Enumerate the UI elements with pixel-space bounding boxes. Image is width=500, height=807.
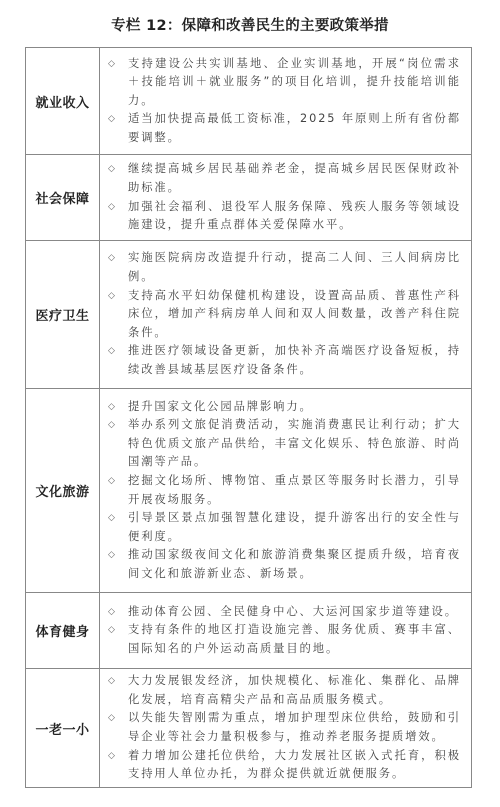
diamond-bullet-icon: ◇ xyxy=(108,249,128,286)
list-item: ◇挖掘文化场所、博物馆、重点景区等服务时长潜力，引导开展夜场服务。 xyxy=(108,472,461,509)
table-row: 医疗卫生◇实施医院病房改造提升行动，提高二人间、三人间病房比例。◇支持高水平妇幼… xyxy=(26,241,472,389)
category-label: 文化旅游 xyxy=(26,389,100,593)
category-label: 医疗卫生 xyxy=(26,241,100,389)
diamond-bullet-icon: ◇ xyxy=(108,110,128,147)
measure-text: 引导景区景点加强智慧化建设，提升游客出行的安全性与便利度。 xyxy=(128,509,461,546)
category-label: 一老一小 xyxy=(26,669,100,788)
measure-text: 推进医疗领域设备更新，加快补齐高端医疗设备短板，持续改善县域基层医疗设备条件。 xyxy=(128,342,461,379)
measure-text: 提升国家文化公园品牌影响力。 xyxy=(128,398,461,417)
measure-text: 着力增加公建托位供给，大力发展社区嵌入式托育，积极支持用人单位办托，为群众提供就… xyxy=(128,747,461,784)
list-item: ◇引导景区景点加强智慧化建设，提升游客出行的安全性与便利度。 xyxy=(108,509,461,546)
list-item: ◇适当加快提高最低工资标准，2025 年原则上所有省份都要调整。 xyxy=(108,110,461,147)
measure-text: 继续提高城乡居民基础养老金，提高城乡居民医保财政补助标准。 xyxy=(128,160,461,197)
measures-cell: ◇推动体育公园、全民健身中心、大运河国家步道等建设。◇支持有条件的地区打造设施完… xyxy=(100,593,472,669)
diamond-bullet-icon: ◇ xyxy=(108,287,128,343)
diamond-bullet-icon: ◇ xyxy=(108,509,128,546)
list-item: ◇着力增加公建托位供给，大力发展社区嵌入式托育，积极支持用人单位办托，为群众提供… xyxy=(108,747,461,784)
list-item: ◇支持有条件的地区打造设施完善、服务优质、赛事丰富、国际知名的户外运动高质量目的… xyxy=(108,621,461,658)
measure-text: 推动国家级夜间文化和旅游消费集聚区提质升级，培育夜间文化和旅游新业态、新场景。 xyxy=(128,546,461,583)
diamond-bullet-icon: ◇ xyxy=(108,621,128,658)
diamond-bullet-icon: ◇ xyxy=(108,546,128,583)
list-item: ◇实施医院病房改造提升行动，提高二人间、三人间病房比例。 xyxy=(108,249,461,286)
measures-cell: ◇大力发展银发经济，加快规模化、标准化、集群化、品牌化发展，培育高精尖产品和高品… xyxy=(100,669,472,788)
measure-text: 以失能失智刚需为重点，增加护理型床位供给，鼓励和引导企业等社会力量积极参与，推动… xyxy=(128,709,461,746)
measure-text: 推动体育公园、全民健身中心、大运河国家步道等建设。 xyxy=(128,603,461,622)
table-row: 体育健身◇推动体育公园、全民健身中心、大运河国家步道等建设。◇支持有条件的地区打… xyxy=(26,593,472,669)
table-row: 文化旅游◇提升国家文化公园品牌影响力。◇举办系列文旅促消费活动，实施消费惠民让利… xyxy=(26,389,472,593)
diamond-bullet-icon: ◇ xyxy=(108,747,128,784)
list-item: ◇以失能失智刚需为重点，增加护理型床位供给，鼓励和引导企业等社会力量积极参与，推… xyxy=(108,709,461,746)
diamond-bullet-icon: ◇ xyxy=(108,55,128,111)
table-title: 专栏 12：保障和改善民生的主要政策举措 xyxy=(0,14,500,35)
table-row: 一老一小◇大力发展银发经济，加快规模化、标准化、集群化、品牌化发展，培育高精尖产… xyxy=(26,669,472,788)
measure-text: 支持高水平妇幼保健机构建设，设置高品质、普惠性产科床位，增加产科病房单人间和双人… xyxy=(128,287,461,343)
list-item: ◇支持建设公共实训基地、企业实训基地，开展“岗位需求＋技能培训＋就业服务”的项目… xyxy=(108,55,461,111)
list-item: ◇支持高水平妇幼保健机构建设，设置高品质、普惠性产科床位，增加产科病房单人间和双… xyxy=(108,287,461,343)
category-label: 就业收入 xyxy=(26,48,100,155)
category-label: 社会保障 xyxy=(26,155,100,241)
table-row: 社会保障◇继续提高城乡居民基础养老金，提高城乡居民医保财政补助标准。◇加强社会福… xyxy=(26,155,472,241)
measure-text: 加强社会福利、退役军人服务保障、残疾人服务等领域设施建设，提升重点群体关爱保障水… xyxy=(128,198,461,235)
diamond-bullet-icon: ◇ xyxy=(108,398,128,417)
measure-text: 挖掘文化场所、博物馆、重点景区等服务时长潜力，引导开展夜场服务。 xyxy=(128,472,461,509)
measure-text: 适当加快提高最低工资标准，2025 年原则上所有省份都要调整。 xyxy=(128,110,461,147)
measure-text: 举办系列文旅促消费活动，实施消费惠民让利行动；扩大特色优质文旅产品供给，丰富文化… xyxy=(128,416,461,472)
measures-cell: ◇实施医院病房改造提升行动，提高二人间、三人间病房比例。◇支持高水平妇幼保健机构… xyxy=(100,241,472,389)
diamond-bullet-icon: ◇ xyxy=(108,672,128,709)
category-label: 体育健身 xyxy=(26,593,100,669)
diamond-bullet-icon: ◇ xyxy=(108,709,128,746)
list-item: ◇提升国家文化公园品牌影响力。 xyxy=(108,398,461,417)
list-item: ◇推动国家级夜间文化和旅游消费集聚区提质升级，培育夜间文化和旅游新业态、新场景。 xyxy=(108,546,461,583)
diamond-bullet-icon: ◇ xyxy=(108,472,128,509)
diamond-bullet-icon: ◇ xyxy=(108,342,128,379)
measure-text: 支持建设公共实训基地、企业实训基地，开展“岗位需求＋技能培训＋就业服务”的项目化… xyxy=(128,55,461,111)
list-item: ◇推进医疗领域设备更新，加快补齐高端医疗设备短板，持续改善县域基层医疗设备条件。 xyxy=(108,342,461,379)
list-item: ◇大力发展银发经济，加快规模化、标准化、集群化、品牌化发展，培育高精尖产品和高品… xyxy=(108,672,461,709)
measures-cell: ◇支持建设公共实训基地、企业实训基地，开展“岗位需求＋技能培训＋就业服务”的项目… xyxy=(100,48,472,155)
measures-cell: ◇提升国家文化公园品牌影响力。◇举办系列文旅促消费活动，实施消费惠民让利行动；扩… xyxy=(100,389,472,593)
policy-table: 就业收入◇支持建设公共实训基地、企业实训基地，开展“岗位需求＋技能培训＋就业服务… xyxy=(25,47,472,788)
list-item: ◇举办系列文旅促消费活动，实施消费惠民让利行动；扩大特色优质文旅产品供给，丰富文… xyxy=(108,416,461,472)
diamond-bullet-icon: ◇ xyxy=(108,160,128,197)
measures-cell: ◇继续提高城乡居民基础养老金，提高城乡居民医保财政补助标准。◇加强社会福利、退役… xyxy=(100,155,472,241)
list-item: ◇推动体育公园、全民健身中心、大运河国家步道等建设。 xyxy=(108,603,461,622)
diamond-bullet-icon: ◇ xyxy=(108,416,128,472)
list-item: ◇加强社会福利、退役军人服务保障、残疾人服务等领域设施建设，提升重点群体关爱保障… xyxy=(108,198,461,235)
measure-text: 支持有条件的地区打造设施完善、服务优质、赛事丰富、国际知名的户外运动高质量目的地… xyxy=(128,621,461,658)
table-row: 就业收入◇支持建设公共实训基地、企业实训基地，开展“岗位需求＋技能培训＋就业服务… xyxy=(26,48,472,155)
list-item: ◇继续提高城乡居民基础养老金，提高城乡居民医保财政补助标准。 xyxy=(108,160,461,197)
measure-text: 实施医院病房改造提升行动，提高二人间、三人间病房比例。 xyxy=(128,249,461,286)
diamond-bullet-icon: ◇ xyxy=(108,198,128,235)
diamond-bullet-icon: ◇ xyxy=(108,603,128,622)
measure-text: 大力发展银发经济，加快规模化、标准化、集群化、品牌化发展，培育高精尖产品和高品质… xyxy=(128,672,461,709)
